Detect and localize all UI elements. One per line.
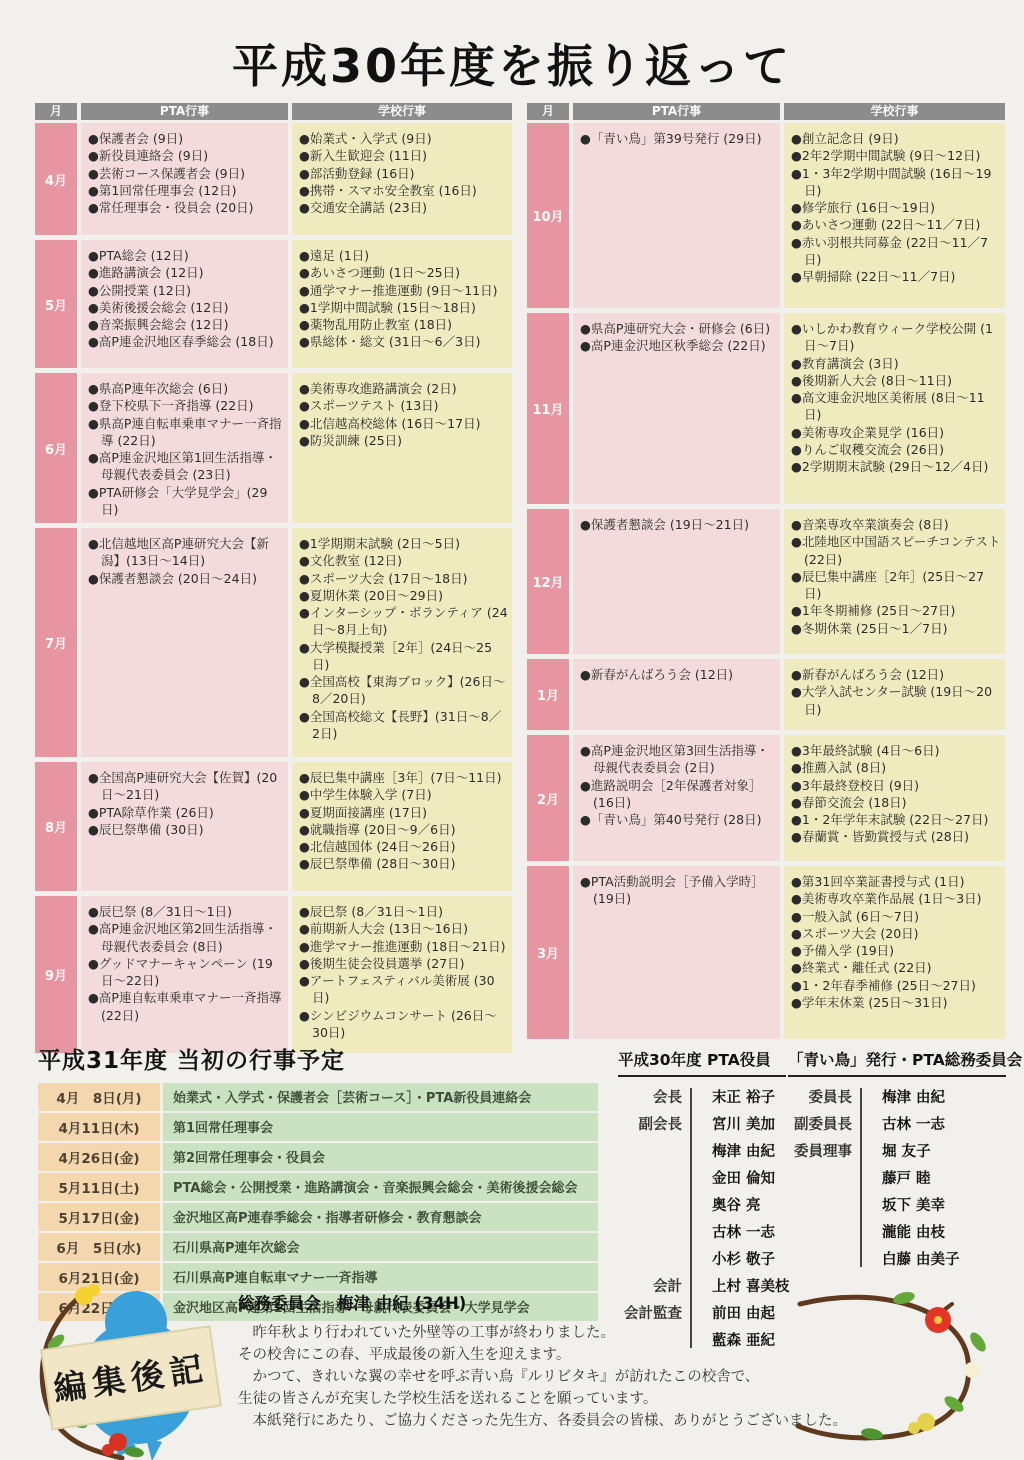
event-item: ●北信越国体 (24日～26日) <box>299 838 508 855</box>
roster-name: 堀 友子 <box>860 1140 931 1161</box>
pta-events-cell: ●保護者懇談会 (19日～21日) <box>573 509 780 654</box>
event-item: ●スポーツ大会 (20日) <box>791 925 1001 942</box>
event-item: ●全国高校【東海ブロック】(26日～8／20日) <box>299 673 508 708</box>
event-item: ●登下校県下一斉指導 (22日) <box>88 397 284 414</box>
roster-row: 副委員長古林 一志 <box>788 1113 1006 1134</box>
month-label: 7月 <box>35 528 77 757</box>
event-item: ●辰巳集中講座［2年］(25日～27日) <box>791 568 1001 603</box>
roster-title: 平成30年度 PTA役員 <box>618 1048 786 1077</box>
event-item: ●スポーツテスト (13日) <box>299 397 508 414</box>
events-table-second-half: 月 PTA行事 学校行事 10月●「青い鳥」第39号発行 (29日)●創立記念日… <box>527 103 1005 1044</box>
event-item: ●北陸地区中国語スピーチコンテスト (22日) <box>791 533 1001 568</box>
event-item: ●県高P連研究大会・研修会 (6日) <box>580 320 776 337</box>
event-item: ●美術専攻企業見学 (16日) <box>791 424 1001 441</box>
roster-role <box>788 1221 860 1242</box>
event-item: ●冬期休業 (25日～1／7日) <box>791 620 1001 637</box>
event-item: ●一般入試 (6日～7日) <box>791 908 1001 925</box>
event-item: ●保護者会 (9日) <box>88 130 284 147</box>
school-events-cell: ●始業式・入学式 (9日)●新入生歓迎会 (11日)●部活動登録 (16日)●携… <box>292 123 512 235</box>
school-events-cell: ●遠足 (1日)●あいさつ運動 (1日～25日)●通学マナー推進運動 (9日～1… <box>292 240 512 368</box>
roster-role: 委員長 <box>788 1086 860 1107</box>
page-title: 平成30年度を振り返って <box>0 30 1024 96</box>
table-body: 4月●保護者会 (9日)●新役員連絡会 (9日)●芸術コース保護者会 (9日)●… <box>35 123 512 1053</box>
roster-row: 小杉 敬子 <box>618 1248 786 1269</box>
event-item: ●シンビジウムコンサート (26日～30日) <box>299 1007 508 1042</box>
event-item: ●PTA活動説明会［予備入学時］(19日) <box>580 873 776 908</box>
event-item: ●通学マナー推進運動 (9日～11日) <box>299 282 508 299</box>
event-item: ●夏期休業 (20日～29日) <box>299 587 508 604</box>
schedule-event: 始業式・入学式・保護者会［芸術コース］・PTA新役員連絡会 <box>163 1083 598 1111</box>
roster-row: 坂下 美幸 <box>788 1194 1006 1215</box>
event-item: ●音楽振興会総会 (12日) <box>88 316 284 333</box>
event-item: ●防災訓練 (25日) <box>299 432 508 449</box>
event-item: ●春節交流会 (18日) <box>791 794 1001 811</box>
event-item: ●高P連金沢地区第2回生活指導・母親代表委員会 (8日) <box>88 920 284 955</box>
header-pta-events: PTA行事 <box>81 103 288 120</box>
month-row: 11月●県高P連研究大会・研修会 (6日)●高P連金沢地区秋季総会 (22日)●… <box>527 313 1005 504</box>
event-item: ●1・3年2学期中間試験 (16日～19日) <box>791 165 1001 200</box>
event-item: ●1年冬期補修 (25日～27日) <box>791 602 1001 619</box>
event-item: ●中学生体験入学 (7日) <box>299 786 508 803</box>
event-item: ●「青い鳥」第40号発行 (28日) <box>580 811 776 828</box>
school-events-cell: ●創立記念日 (9日)●2年2学期中間試験 (9日～12日)●1・3年2学期中間… <box>784 123 1005 308</box>
editors-note-line: 生徒の皆さんが充実した学校生活を送れることを願っています。 <box>238 1388 858 1410</box>
pta-events-cell: ●PTA総会 (12日)●進路講演会 (12日)●公開授業 (12日)●美術後援… <box>81 240 288 368</box>
schedule-row: 4月 8日(月)始業式・入学式・保護者会［芸術コース］・PTA新役員連絡会 <box>38 1083 598 1111</box>
event-item: ●2年2学期中間試験 (9日～12日) <box>791 147 1001 164</box>
roster-name: 金田 倫知 <box>690 1167 775 1188</box>
event-item: ●進路講演会 (12日) <box>88 264 284 281</box>
month-label: 9月 <box>35 896 77 1053</box>
event-item: ●美術専攻進路講演会 (2日) <box>299 380 508 397</box>
schedule-event: 第1回常任理事会 <box>163 1113 598 1141</box>
event-item: ●新春がんばろう会 (12日) <box>580 666 776 683</box>
event-item: ●北信越高校総体 (16日～17日) <box>299 415 508 432</box>
school-events-cell: ●美術専攻進路講演会 (2日)●スポーツテスト (13日)●北信越高校総体 (1… <box>292 373 512 523</box>
pta-events-cell: ●「青い鳥」第39号発行 (29日) <box>573 123 780 308</box>
month-row: 7月●北信越地区高P連研究大会【新潟】(13日～14日)●保護者懇談会 (20日… <box>35 528 512 757</box>
editors-note-line: 本紙発行にあたり、ご協力くださった先生方、各委員会の皆様、ありがとうございました… <box>238 1410 858 1432</box>
event-item: ●美術専攻卒業作品展 (1日～3日) <box>791 890 1001 907</box>
event-item: ●アートフェスティバル美術展 (30日) <box>299 972 508 1007</box>
roster-body: 委員長梅津 由紀副委員長古林 一志委員理事堀 友子藤戸 睦坂下 美幸瀧能 由枝白… <box>788 1086 1006 1269</box>
event-item: ●修学旅行 (16日～19日) <box>791 199 1001 216</box>
event-item: ●早朝掃除 (22日～11／7日) <box>791 268 1001 285</box>
roster-name: 梅津 由紀 <box>690 1140 775 1161</box>
schedule-event: 石川県高P連年次総会 <box>163 1233 598 1261</box>
schedule-event: 第2回常任理事会・役員会 <box>163 1143 598 1171</box>
schedule-event: PTA総会・公開授業・進路講演会・音楽振興会総会・美術後援会総会 <box>163 1173 598 1201</box>
month-label: 3月 <box>527 866 569 1039</box>
event-item: ●始業式・入学式 (9日) <box>299 130 508 147</box>
event-item: ●就職指導 (20日～9／6日) <box>299 821 508 838</box>
month-row: 3月●PTA活動説明会［予備入学時］(19日)●第31回卒業証書授与式 (1日)… <box>527 866 1005 1039</box>
month-row: 9月●辰巳祭 (8／31日～1日)●高P連金沢地区第2回生活指導・母親代表委員会… <box>35 896 512 1053</box>
event-item: ●保護者懇談会 (20日～24日) <box>88 570 284 587</box>
roster-row: 委員長梅津 由紀 <box>788 1086 1006 1107</box>
school-events-cell: ●音楽専攻卒業演奏会 (8日)●北陸地区中国語スピーチコンテスト (22日)●辰… <box>784 509 1005 654</box>
event-item: ●1学期中間試験 (15日～18日) <box>299 299 508 316</box>
event-item: ●進路説明会［2年保護者対象］(16日) <box>580 777 776 812</box>
event-item: ●県高P連年次総会 (6日) <box>88 380 284 397</box>
month-label: 6月 <box>35 373 77 523</box>
event-item: ●前期新人大会 (13日～16日) <box>299 920 508 937</box>
event-item: ●1・2年春季補修 (25日～27日) <box>791 977 1001 994</box>
schedule-title: 平成31年度 当初の行事予定 <box>38 1042 598 1075</box>
month-row: 5月●PTA総会 (12日)●進路講演会 (12日)●公開授業 (12日)●美術… <box>35 240 512 368</box>
roster-row: 金田 倫知 <box>618 1167 786 1188</box>
event-item: ●薬物乱用防止教室 (18日) <box>299 316 508 333</box>
event-item: ●遠足 (1日) <box>299 247 508 264</box>
schedule-event: 金沢地区高P連春季総会・指導者研修会・教育懇談会 <box>163 1203 598 1231</box>
event-item: ●2学期期末試験 (29日～12／4日) <box>791 458 1001 475</box>
table-body: 10月●「青い鳥」第39号発行 (29日)●創立記念日 (9日)●2年2学期中間… <box>527 123 1005 1039</box>
schedule-date: 5月11日(土) <box>38 1173 160 1201</box>
event-item: ●新役員連絡会 (9日) <box>88 147 284 164</box>
event-item: ●県高P連自転車乗車マナー一斉指導 (22日) <box>88 415 284 450</box>
event-item: ●学年末休業 (25日～31日) <box>791 994 1001 1011</box>
event-item: ●芸術コース保護者会 (9日) <box>88 165 284 182</box>
month-label: 10月 <box>527 123 569 308</box>
roster-name: 宮川 美加 <box>690 1113 775 1134</box>
roster-row: 委員理事堀 友子 <box>788 1140 1006 1161</box>
pta-events-cell: ●保護者会 (9日)●新役員連絡会 (9日)●芸術コース保護者会 (9日)●第1… <box>81 123 288 235</box>
roster-role <box>788 1194 860 1215</box>
roster-name: 奥谷 亮 <box>690 1194 761 1215</box>
event-item: ●高P連金沢地区秋季総会 (22日) <box>580 337 776 354</box>
event-item: ●新入生歓迎会 (11日) <box>299 147 508 164</box>
roster-name: 白藤 由美子 <box>860 1248 960 1269</box>
event-item: ●大学模擬授業［2年］(24日～25日) <box>299 639 508 674</box>
event-item: ●常任理事会・役員会 (20日) <box>88 199 284 216</box>
event-item: ●グッドマナーキャンペーン (19日～22日) <box>88 955 284 990</box>
roster-name: 藤戸 睦 <box>860 1167 931 1188</box>
editors-note-line: 昨年秋より行われていた外壁等の工事が終わりました。 <box>238 1322 858 1344</box>
event-item: ●第31回卒業証書授与式 (1日) <box>791 873 1001 890</box>
event-item: ●辰巳集中講座［3年］(7日～11日) <box>299 769 508 786</box>
schedule-row: 6月 5日(水)石川県高P連年次総会 <box>38 1233 598 1261</box>
editors-note-text: 昨年秋より行われていた外壁等の工事が終わりました。その校舎にこの春、平成最後の新… <box>238 1322 858 1432</box>
roster-name: 坂下 美幸 <box>860 1194 945 1215</box>
pta-events-cell: ●辰巳祭 (8／31日～1日)●高P連金沢地区第2回生活指導・母親代表委員会 (… <box>81 896 288 1053</box>
event-item: ●りんご収穫交流会 (26日) <box>791 441 1001 458</box>
schedule-row: 5月17日(金)金沢地区高P連春季総会・指導者研修会・教育懇談会 <box>38 1203 598 1231</box>
event-item: ●いしかわ教育ウィーク学校公開 (1日～7日) <box>791 320 1001 355</box>
month-label: 1月 <box>527 659 569 730</box>
event-item: ●全国高校総文【長野】(31日～8／2日) <box>299 708 508 743</box>
roster-name: 梅津 由紀 <box>860 1086 945 1107</box>
roster-role: 会長 <box>618 1086 690 1107</box>
event-item: ●創立記念日 (9日) <box>791 130 1001 147</box>
editors-note: 総務委員会 梅津 由紀 (34H) 昨年秋より行われていた外壁等の工事が終わりま… <box>238 1290 858 1432</box>
school-events-cell: ●第31回卒業証書授与式 (1日)●美術専攻卒業作品展 (1日～3日)●一般入試… <box>784 866 1005 1039</box>
roster-name: 小杉 敬子 <box>690 1248 775 1269</box>
table-header: 月 PTA行事 学校行事 <box>35 103 512 120</box>
school-events-cell: ●1学期期末試験 (2日～5日)●文化教室 (12日)●スポーツ大会 (17日～… <box>292 528 512 757</box>
editors-note-line: その校舎にこの春、平成最後の新入生を迎えます。 <box>238 1344 858 1366</box>
roster-role <box>618 1221 690 1242</box>
event-item: ●後期生徒会役員選挙 (27日) <box>299 955 508 972</box>
schedule-date: 5月17日(金) <box>38 1203 160 1231</box>
schedule-date: 6月 5日(水) <box>38 1233 160 1261</box>
event-item: ●辰巳祭 (8／31日～1日) <box>299 903 508 920</box>
school-events-cell: ●新春がんばろう会 (12日)●大学入試センター試験 (19日～20日) <box>784 659 1005 730</box>
schedule-date: 4月 8日(月) <box>38 1083 160 1111</box>
event-item: ●県総体・総文 (31日～6／3日) <box>299 333 508 350</box>
event-item: ●春蘭賞・皆勤賞授与式 (28日) <box>791 828 1001 845</box>
event-item: ●進学マナー推進運動 (18日～21日) <box>299 938 508 955</box>
roster-role <box>788 1248 860 1269</box>
event-item: ●スポーツ大会 (17日～18日) <box>299 570 508 587</box>
roster-name: 古林 一志 <box>860 1113 945 1134</box>
pta-events-cell: ●全国高P連研究大会【佐賀】(20日～21日)●PTA除草作業 (26日)●辰巳… <box>81 762 288 891</box>
editors-note-line: かつて、きれいな翼の幸せを呼ぶ青い鳥『ルリビタキ』が訪れたこの校舎で、 <box>238 1366 858 1388</box>
month-row: 2月●高P連金沢地区第3回生活指導・母親代表委員会 (2日)●進路説明会［2年保… <box>527 735 1005 861</box>
pta-events-cell: ●県高P連研究大会・研修会 (6日)●高P連金沢地区秋季総会 (22日) <box>573 313 780 504</box>
month-label: 4月 <box>35 123 77 235</box>
pta-events-cell: ●北信越地区高P連研究大会【新潟】(13日～14日)●保護者懇談会 (20日～2… <box>81 528 288 757</box>
roster-row: 梅津 由紀 <box>618 1140 786 1161</box>
event-item: ●1学期期末試験 (2日～5日) <box>299 535 508 552</box>
month-label: 12月 <box>527 509 569 654</box>
event-item: ●音楽専攻卒業演奏会 (8日) <box>791 516 1001 533</box>
event-item: ●辰巳祭準備 (28日～30日) <box>299 855 508 872</box>
roster-role: 副委員長 <box>788 1113 860 1134</box>
event-item: ●交通安全講話 (23日) <box>299 199 508 216</box>
month-row: 6月●県高P連年次総会 (6日)●登下校県下一斉指導 (22日)●県高P連自転車… <box>35 373 512 523</box>
roster-role <box>618 1140 690 1161</box>
event-item: ●部活動登録 (16日) <box>299 165 508 182</box>
event-item: ●後期新人大会 (8日～11日) <box>791 372 1001 389</box>
month-row: 10月●「青い鳥」第39号発行 (29日)●創立記念日 (9日)●2年2学期中間… <box>527 123 1005 308</box>
roster-role: 委員理事 <box>788 1140 860 1161</box>
event-item: ●北信越地区高P連研究大会【新潟】(13日～14日) <box>88 535 284 570</box>
newsletter-committee-roster: 「青い鳥」発行・PTA総務委員会 委員長梅津 由紀副委員長古林 一志委員理事堀 … <box>788 1048 1006 1275</box>
event-item: ●3年最終試験 (4日～6日) <box>791 742 1001 759</box>
roster-role <box>788 1167 860 1188</box>
event-item: ●3年最終登校日 (9日) <box>791 777 1001 794</box>
header-month: 月 <box>527 103 569 120</box>
school-events-cell: ●辰巳祭 (8／31日～1日)●前期新人大会 (13日～16日)●進学マナー推進… <box>292 896 512 1053</box>
schedule-row: 4月11日(木)第1回常任理事会 <box>38 1113 598 1141</box>
event-item: ●高P連自転車乗車マナー一斉指導 (22日) <box>88 989 284 1024</box>
header-month: 月 <box>35 103 77 120</box>
event-item: ●推薦入試 (8日) <box>791 759 1001 776</box>
month-label: 8月 <box>35 762 77 891</box>
schedule-date: 4月26日(金) <box>38 1143 160 1171</box>
event-item: ●PTA研修会「大学見学会」(29日) <box>88 484 284 519</box>
event-item: ●保護者懇談会 (19日～21日) <box>580 516 776 533</box>
event-item: ●「青い鳥」第39号発行 (29日) <box>580 130 776 147</box>
editors-note-decoration: 編集後記 <box>26 1280 238 1460</box>
event-item: ●1・2年学年末試験 (22日～27日) <box>791 811 1001 828</box>
month-row: 1月●新春がんばろう会 (12日)●新春がんばろう会 (12日)●大学入試センタ… <box>527 659 1005 730</box>
school-events-cell: ●辰巳集中講座［3年］(7日～11日)●中学生体験入学 (7日)●夏期面接講座 … <box>292 762 512 891</box>
roster-row: 奥谷 亮 <box>618 1194 786 1215</box>
event-item: ●美術後援会総会 (12日) <box>88 299 284 316</box>
event-item: ●教育講演会 (3日) <box>791 355 1001 372</box>
roster-name: 瀧能 由枝 <box>860 1221 945 1242</box>
events-table-first-half: 月 PTA行事 学校行事 4月●保護者会 (9日)●新役員連絡会 (9日)●芸術… <box>35 103 512 1058</box>
event-item: ●インターシップ・ボランティア (24日～8月上旬) <box>299 604 508 639</box>
roster-row: 会長末正 裕子 <box>618 1086 786 1107</box>
event-item: ●高文連金沢地区美術展 (8日～11日) <box>791 389 1001 424</box>
event-item: ●辰巳祭 (8／31日～1日) <box>88 903 284 920</box>
month-label: 11月 <box>527 313 569 504</box>
event-item: ●高P連金沢地区春季総会 (18日) <box>88 333 284 350</box>
roster-role <box>618 1248 690 1269</box>
month-row: 4月●保護者会 (9日)●新役員連絡会 (9日)●芸術コース保護者会 (9日)●… <box>35 123 512 235</box>
roster-row: 瀧能 由枝 <box>788 1221 1006 1242</box>
roster-title: 「青い鳥」発行・PTA総務委員会 <box>788 1048 1006 1077</box>
event-item: ●大学入試センター試験 (19日～20日) <box>791 683 1001 718</box>
month-row: 8月●全国高P連研究大会【佐賀】(20日～21日)●PTA除草作業 (26日)●… <box>35 762 512 891</box>
roster-role: 副会長 <box>618 1113 690 1134</box>
event-item: ●PTA総会 (12日) <box>88 247 284 264</box>
pta-events-cell: ●県高P連年次総会 (6日)●登下校県下一斉指導 (22日)●県高P連自転車乗車… <box>81 373 288 523</box>
event-item: ●予備入学 (19日) <box>791 942 1001 959</box>
event-item: ●新春がんばろう会 (12日) <box>791 666 1001 683</box>
table-header: 月 PTA行事 学校行事 <box>527 103 1005 120</box>
pta-events-cell: ●新春がんばろう会 (12日) <box>573 659 780 730</box>
event-item: ●あいさつ運動 (22日～11／7日) <box>791 216 1001 233</box>
school-events-cell: ●3年最終試験 (4日～6日)●推薦入試 (8日)●3年最終登校日 (9日)●春… <box>784 735 1005 861</box>
roster-row: 副会長宮川 美加 <box>618 1113 786 1134</box>
editors-note-badge: 編集後記 <box>41 1326 220 1429</box>
schedule-row: 5月11日(土)PTA総会・公開授業・進路講演会・音楽振興会総会・美術後援会総会 <box>38 1173 598 1201</box>
month-row: 12月●保護者懇談会 (19日～21日)●音楽専攻卒業演奏会 (8日)●北陸地区… <box>527 509 1005 654</box>
schedule-row: 4月26日(金)第2回常任理事会・役員会 <box>38 1143 598 1171</box>
event-item: ●あいさつ運動 (1日～25日) <box>299 264 508 281</box>
school-events-cell: ●いしかわ教育ウィーク学校公開 (1日～7日)●教育講演会 (3日)●後期新人大… <box>784 313 1005 504</box>
event-item: ●夏期面接講座 (17日) <box>299 804 508 821</box>
roster-row: 白藤 由美子 <box>788 1248 1006 1269</box>
pta-events-cell: ●PTA活動説明会［予備入学時］(19日) <box>573 866 780 1039</box>
event-item: ●高P連金沢地区第1回生活指導・母親代表委員会 (23日) <box>88 449 284 484</box>
event-item: ●終業式・離任式 (22日) <box>791 959 1001 976</box>
event-item: ●公開授業 (12日) <box>88 282 284 299</box>
event-item: ●第1回常任理事会 (12日) <box>88 182 284 199</box>
event-item: ●全国高P連研究大会【佐賀】(20日～21日) <box>88 769 284 804</box>
event-item: ●辰巳祭準備 (30日) <box>88 821 284 838</box>
header-school-events: 学校行事 <box>292 103 512 120</box>
roster-row: 古林 一志 <box>618 1221 786 1242</box>
month-label: 5月 <box>35 240 77 368</box>
header-pta-events: PTA行事 <box>573 103 780 120</box>
roster-row: 藤戸 睦 <box>788 1167 1006 1188</box>
roster-role <box>618 1167 690 1188</box>
event-item: ●PTA除草作業 (26日) <box>88 804 284 821</box>
event-item: ●高P連金沢地区第3回生活指導・母親代表委員会 (2日) <box>580 742 776 777</box>
event-item: ●文化教室 (12日) <box>299 552 508 569</box>
event-item: ●赤い羽根共同募金 (22日～11／7日) <box>791 234 1001 269</box>
header-school-events: 学校行事 <box>784 103 1005 120</box>
pta-events-cell: ●高P連金沢地区第3回生活指導・母親代表委員会 (2日)●進路説明会［2年保護者… <box>573 735 780 861</box>
roster-name: 古林 一志 <box>690 1221 775 1242</box>
roster-name: 末正 裕子 <box>690 1086 775 1107</box>
roster-role <box>618 1194 690 1215</box>
editors-note-author: 総務委員会 梅津 由紀 (34H) <box>238 1290 858 1314</box>
month-label: 2月 <box>527 735 569 861</box>
schedule-date: 4月11日(木) <box>38 1113 160 1141</box>
event-item: ●携帯・スマホ安全教室 (16日) <box>299 182 508 199</box>
